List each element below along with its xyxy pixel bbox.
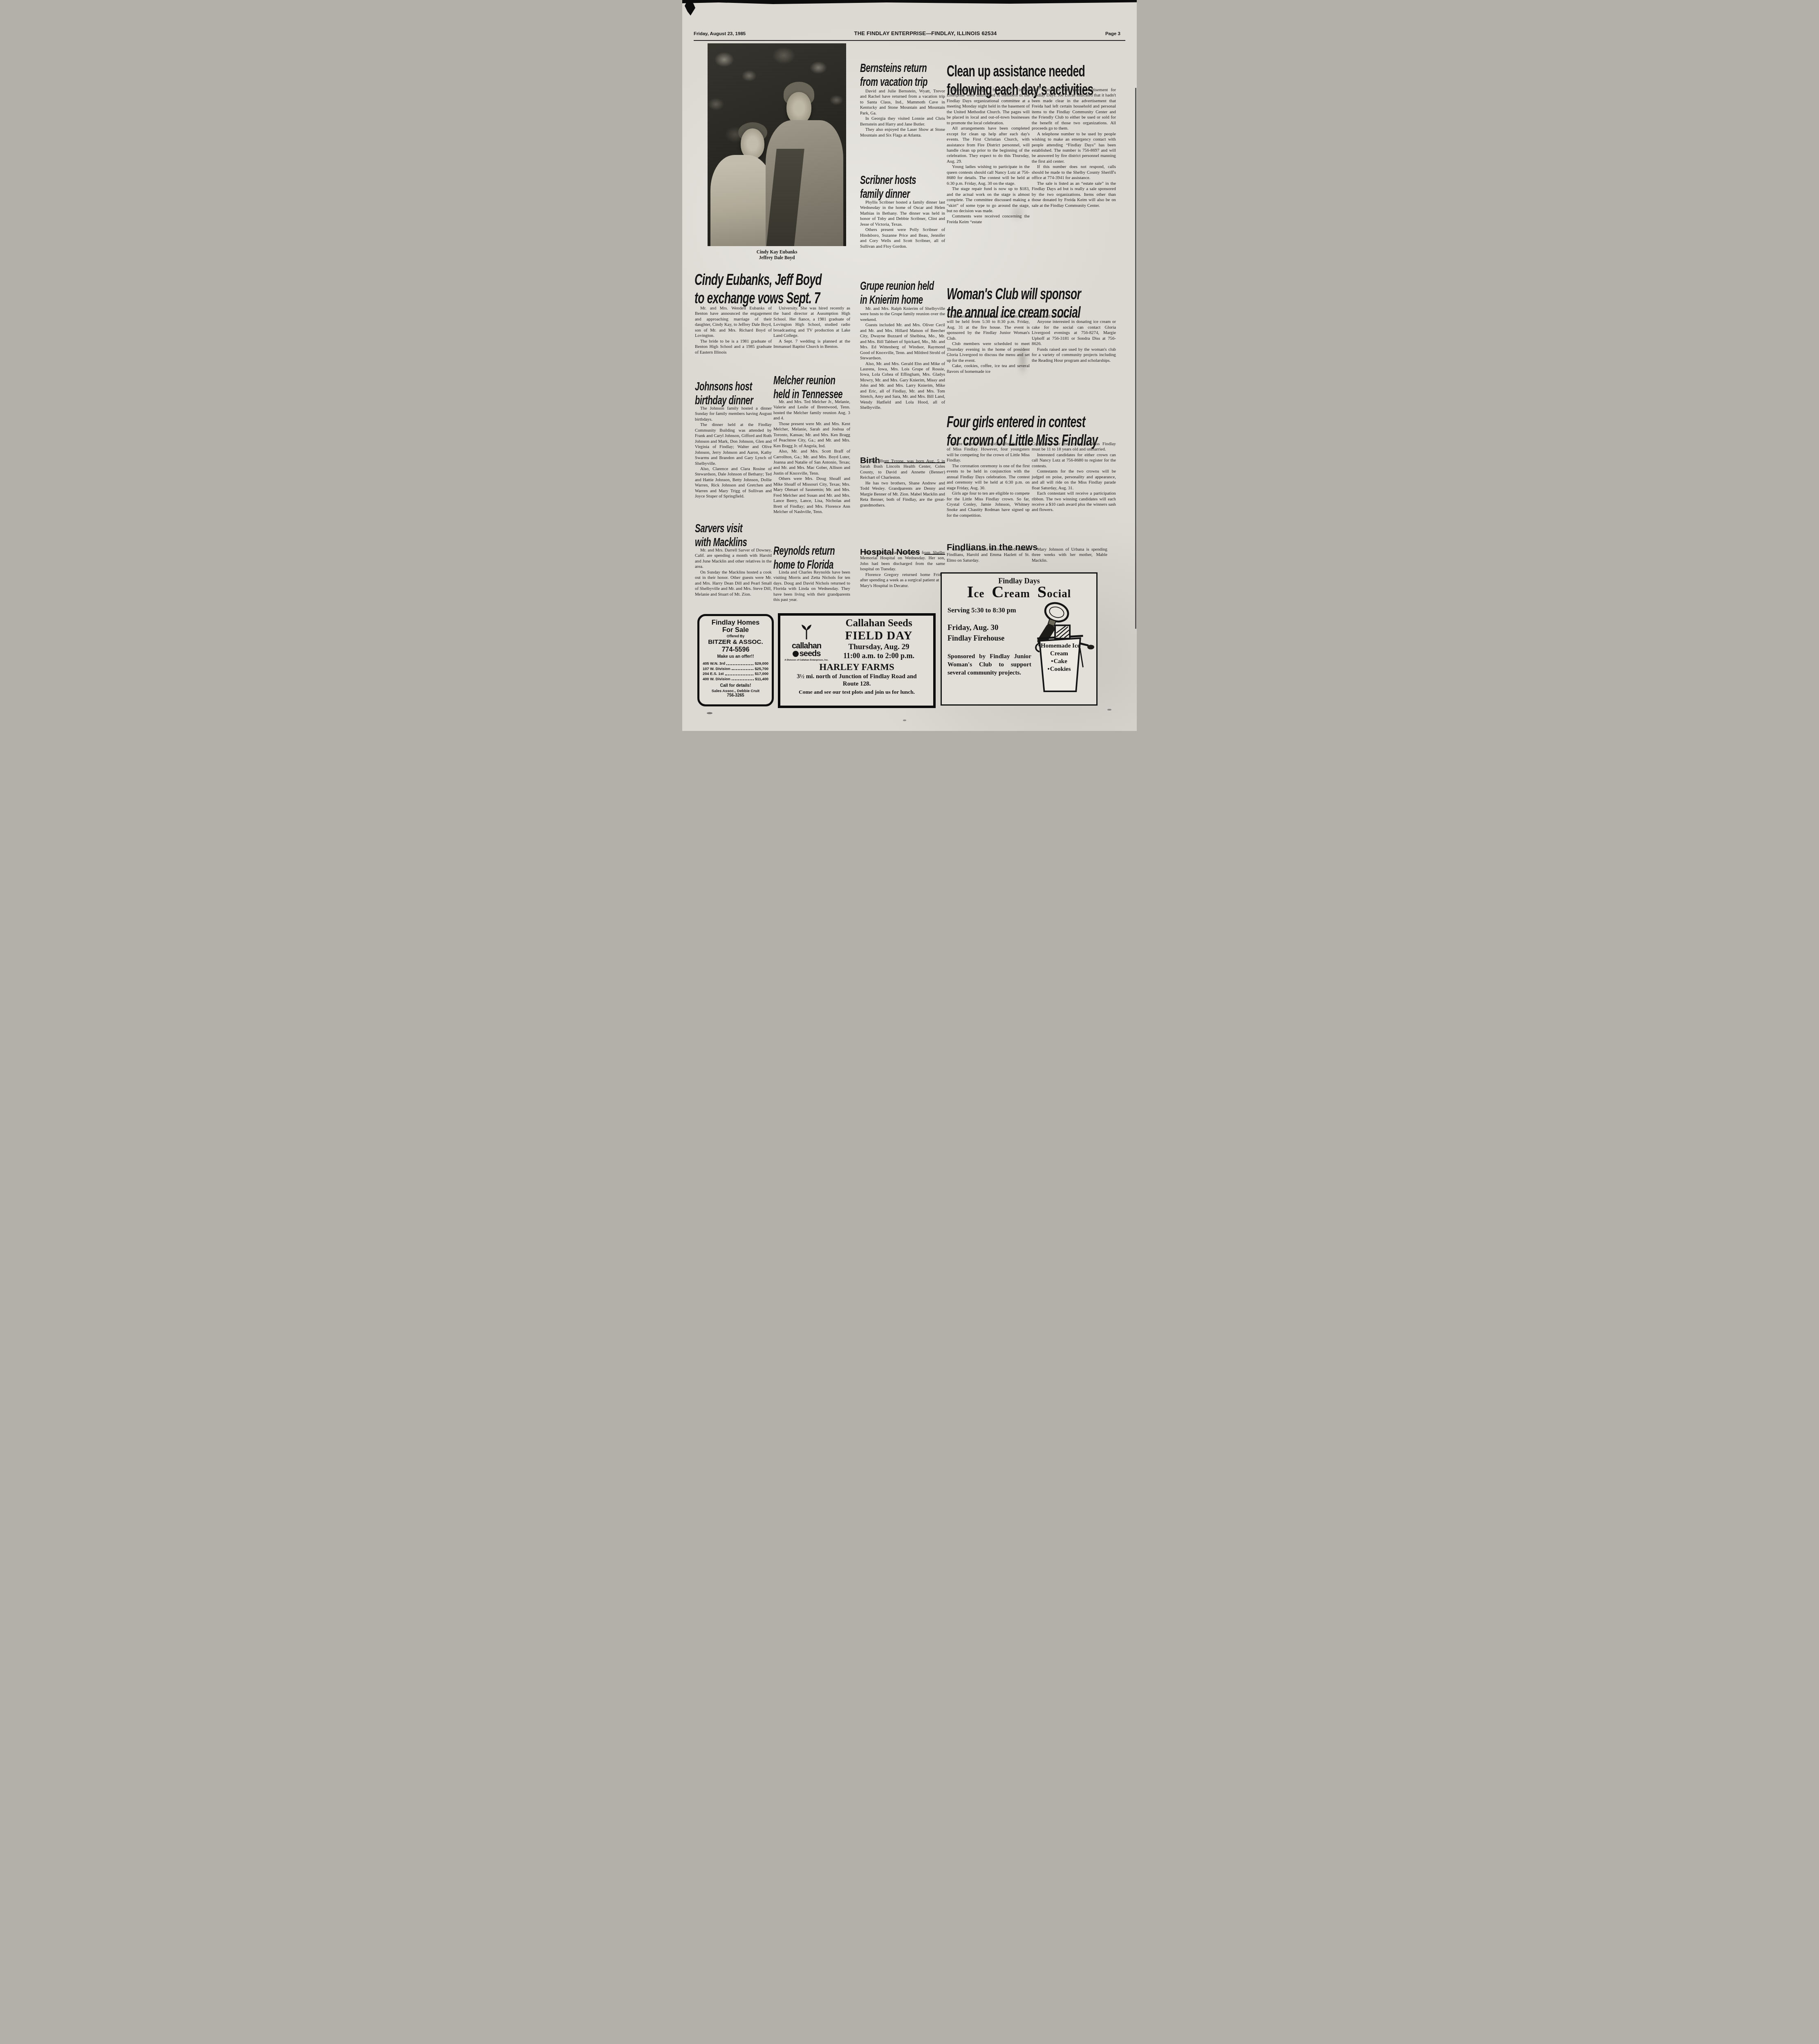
headline-scribner: Scribner hosts family dinner xyxy=(860,173,916,201)
ad-phone-secondary: 756-3265 xyxy=(703,693,768,698)
paragraph: Others present were Polly Scribner of Hi… xyxy=(860,227,945,249)
paragraph: A son, Brett Tyrone, was born Aug. 5 in … xyxy=(860,459,945,481)
headline-line: Grupe reunion held xyxy=(860,279,934,293)
article-grupe: Mr. and Mrs. Ralph Knierim of Shelbyvill… xyxy=(860,306,945,411)
scan-artifact-blob xyxy=(685,2,695,16)
article-eubanks-col1: Mr. and Mrs. Wendell Eubanks of Benton h… xyxy=(695,306,772,355)
paragraph: Also, Mr. and Mrs. Gerald Ehn and Mike o… xyxy=(860,361,945,411)
paragraph: cream will be served. xyxy=(1032,314,1116,319)
headline-line: from vacation trip xyxy=(860,75,927,89)
listing-row: 107 W. Division $25,700 xyxy=(703,666,768,672)
headline-eubanks: Cindy Eubanks, Jeff Boyd to exchange vow… xyxy=(694,271,822,308)
paragraph: Mr. and Mrs. Ted Melcher Jr., Melanie, V… xyxy=(773,399,850,421)
headline-line: with Macklins xyxy=(695,536,747,549)
article-findlians-col1: George and Juanita Dixon visited former … xyxy=(947,547,1030,563)
article-four-girls-col1: There are still no candidates for the cr… xyxy=(947,442,1030,518)
logo-text: seeds xyxy=(784,650,829,658)
listing-address: 400 W. Division xyxy=(703,677,730,682)
article-birth: A son, Brett Tyrone, was born Aug. 5 in … xyxy=(860,459,945,508)
paragraph: Others were Mrs. Doug Shoaff and Mike Sh… xyxy=(773,476,850,515)
logo-subtext: A Division of Callahan Enterprises, Inc. xyxy=(784,659,829,661)
headline-line: Cindy Eubanks, Jeff Boyd xyxy=(694,271,822,289)
paragraph: The Johnson family hosted a dinner Sunda… xyxy=(695,406,772,422)
article-reynolds: Linda and Charles Reynolds have been vis… xyxy=(773,570,850,603)
listing-address: 405 W.N. 3rd xyxy=(703,661,725,666)
menu-item: Homemade Ice Cream xyxy=(1035,642,1083,658)
headline-line: Scribner hosts xyxy=(860,173,916,187)
paragraph: Mr. and Mrs. Wendell Eubanks of Benton h… xyxy=(695,306,772,339)
article-cleanup-col2: sale” listed on the main advertisement f… xyxy=(1032,87,1116,208)
paragraph: The dinner held at the Findlay Community… xyxy=(695,422,772,466)
article-johnsons: The Johnson family hosted a dinner Sunda… xyxy=(695,406,772,500)
scan-speck xyxy=(903,719,906,721)
scan-speck xyxy=(1107,709,1111,710)
caption-line: Cindy Kay Eubanks xyxy=(708,249,846,255)
listing-price: $17,000 xyxy=(755,671,768,677)
ad-date: Thursday, Aug. 29 xyxy=(829,643,929,651)
paragraph: Funds raised are used by the woman's clu… xyxy=(1032,347,1116,363)
paragraph: Pat Knierim was discharged from Shelby M… xyxy=(860,550,945,572)
paragraph: The annual Findlay Days ice cream social… xyxy=(947,314,1030,341)
headline-line: family dinner xyxy=(860,187,916,201)
menu-item: Cookies xyxy=(1035,666,1083,673)
article-cleanup-col1: Advertising pages from the Findlay Enter… xyxy=(947,87,1030,225)
logo-text-word: seeds xyxy=(800,650,821,658)
dot-leader xyxy=(732,669,754,670)
paragraph: Guests included Mr. and Mrs. Oliver Ceci… xyxy=(860,323,945,361)
ad-offered-by: Offered By xyxy=(703,634,768,638)
paragraph: Mr. and Mrs. Ralph Knierim of Shelbyvill… xyxy=(860,306,945,323)
issue-date: Friday, August 23, 1985 xyxy=(694,31,746,36)
paragraph: Mary Johnson of Urbana is spending three… xyxy=(1032,547,1107,563)
listing-row: 405 W.N. 3rd $29,000 xyxy=(703,661,768,666)
article-findlians-col2: Mary Johnson of Urbana is spending three… xyxy=(1032,547,1107,563)
headline-line: Sarvers visit xyxy=(695,522,747,536)
paragraph: Each contestant will receive a participa… xyxy=(1032,491,1116,513)
photo-grain xyxy=(708,43,846,246)
scan-artifact-right-edge xyxy=(1135,88,1136,629)
paragraph: Phyllis Scribner hosted a family dinner … xyxy=(860,200,945,227)
paragraph: He has two brothers, Shane Andrew and To… xyxy=(860,481,945,508)
ad-sales-associate: Sales Assoc., Debbie Cruit xyxy=(703,689,768,693)
headline-line: to exchange vows Sept. 7 xyxy=(694,289,822,308)
masthead: THE FINDLAY ENTERPRISE—FINDLAY, ILLINOIS… xyxy=(854,30,997,36)
page-number: Page 3 xyxy=(1105,31,1120,36)
ad-invite: Come and see our test plots and join us … xyxy=(784,689,929,695)
headline-line: Four girls entered in contest xyxy=(947,413,1098,432)
scan-speck xyxy=(707,712,712,714)
ad-callahan-seeds: callahan seeds A Division of Callahan En… xyxy=(778,613,936,708)
paragraph: On Sunday the Macklins hosted a cook out… xyxy=(695,570,772,597)
paragraph: George and Juanita Dixon visited former … xyxy=(947,547,1030,563)
listing-address: 107 W. Division xyxy=(703,666,730,672)
paragraph: Contestants for the crown of Miss Findla… xyxy=(1032,442,1116,453)
headline-line: birthday dinner xyxy=(695,394,753,408)
paragraph: Interested candidates for either crown c… xyxy=(1032,453,1116,469)
paragraph: There are still no candidates for the cr… xyxy=(947,442,1030,464)
paragraph: If this number does not respond, calls s… xyxy=(1032,164,1116,181)
headline-melcher: Melcher reunion held in Tennessee xyxy=(773,374,842,401)
headline-line: Bernsteins return xyxy=(860,61,927,75)
headline-grupe: Grupe reunion held in Knierim home xyxy=(860,279,934,307)
ad-menu-list: Homemade Ice Cream Cake Cookies xyxy=(1035,642,1083,673)
dot-leader xyxy=(726,664,753,665)
paragraph: A telephone number to be used by people … xyxy=(1032,132,1116,165)
headline-reynolds: Reynolds return home to Florida xyxy=(773,544,835,572)
paragraph: Florence Gregory returned home Friday af… xyxy=(860,572,945,589)
article-womans-club-col1: The annual Findlay Days ice cream social… xyxy=(947,314,1030,374)
paragraph: Mr. and Mrs. Darrell Sarver of Downey, C… xyxy=(695,548,772,570)
listing-row: 400 W. Division $11,400 xyxy=(703,677,768,682)
engagement-photo xyxy=(708,43,846,246)
ad-location: HARLEY FARMS xyxy=(784,662,929,672)
paragraph: Young ladies wishing to participate in t… xyxy=(947,164,1030,186)
scan-artifact-top xyxy=(682,0,1137,4)
headline-bernsteins: Bernsteins return from vacation trip xyxy=(860,61,927,89)
seed-circle-icon xyxy=(793,651,799,657)
article-hospital-notes: Pat Knierim was discharged from Shelby M… xyxy=(860,550,945,589)
paragraph: The stage repair fund is now up to $183,… xyxy=(947,186,1030,214)
paragraph: Girls age four to ten are eligible to co… xyxy=(947,491,1030,518)
listing-address: 204 E.S. 1st xyxy=(703,671,724,677)
ad-title: Callahan Seeds xyxy=(829,618,929,629)
article-scribner: Phyllis Scribner hosted a family dinner … xyxy=(860,200,945,249)
paragraph: Advertising pages from the Findlay Enter… xyxy=(947,87,1030,126)
ad-time: 11:00 a.m. to 2:00 p.m. xyxy=(829,652,929,660)
ad-event: FIELD DAY xyxy=(829,630,929,642)
dot-leader xyxy=(725,675,754,675)
paragraph: Also, Clarence and Clara Rosine of Stewa… xyxy=(695,466,772,500)
listing-price: $25,700 xyxy=(755,666,768,672)
paragraph: Club members were scheduled to meet Thur… xyxy=(947,341,1030,363)
ad-findlay-homes: Findlay Homes For Sale Offered By BITZER… xyxy=(697,614,774,706)
paragraph: The bride to be is a 1981 graduate of Be… xyxy=(695,339,772,355)
dot-leader xyxy=(732,679,754,680)
paragraph: Contestants for the two crowns will be j… xyxy=(1032,469,1116,491)
paragraph: Comments were received concerning the Fr… xyxy=(947,214,1030,225)
photo-caption: Cindy Kay Eubanks Jeffrey Dale Boyd xyxy=(708,249,846,261)
headline-line: Clean up assistance needed xyxy=(947,63,1093,81)
header-rule xyxy=(694,40,1125,41)
headline-line: Johnsons host xyxy=(695,380,753,394)
ad-title: For Sale xyxy=(703,626,768,634)
paragraph: They also enjoyed the Laser Show at Ston… xyxy=(860,127,945,138)
article-sarvers: Mr. and Mrs. Darrell Sarver of Downey, C… xyxy=(695,548,772,597)
caption-line: Jeffrey Dale Boyd xyxy=(708,255,846,261)
page-header: Friday, August 23, 1985 THE FINDLAY ENTE… xyxy=(694,30,1120,36)
paragraph: All arrangements have been completed exc… xyxy=(947,126,1030,164)
paragraph: The coronation ceremony is one of the fi… xyxy=(947,464,1030,491)
ad-phone: 774-5596 xyxy=(703,646,768,654)
paragraph: The sale is listed as an “estate sale” i… xyxy=(1032,181,1116,208)
article-womans-club-col2: cream will be served. Anyone interested … xyxy=(1032,314,1116,363)
headline-johnsons: Johnsons host birthday dinner xyxy=(695,380,753,408)
listing-price: $29,000 xyxy=(755,661,768,666)
article-eubanks-col2: University. She was hired recently as th… xyxy=(773,306,850,350)
seedling-icon xyxy=(800,624,813,640)
ad-title: Findlay Homes xyxy=(703,619,768,626)
article-melcher: Mr. and Mrs. Ted Melcher Jr., Melanie, V… xyxy=(773,399,850,515)
ad-company: BITZER & ASSOC. xyxy=(703,639,768,646)
headline-line: Woman's Club will sponsor xyxy=(947,285,1081,304)
ad-ice-cream-social: Findlay Days Ice Cream Social Serving 5:… xyxy=(941,572,1098,706)
paragraph: sale” listed on the main advertisement f… xyxy=(1032,87,1116,132)
article-four-girls-col2: Contestants for the crown of Miss Findla… xyxy=(1032,442,1116,513)
paragraph: David and Julie Bernstein, Wyatt, Trevor… xyxy=(860,89,945,116)
paragraph: University. She was hired recently as th… xyxy=(773,306,850,339)
ad-title-word: Ice xyxy=(967,585,985,601)
paragraph: Linda and Charles Reynolds have been vis… xyxy=(773,570,850,603)
ad-tagline: Make us an offer!! xyxy=(703,654,768,659)
paragraph: Anyone interested in donating ice cream … xyxy=(1032,319,1116,347)
menu-item: Cake xyxy=(1035,658,1083,666)
headline-line: in Knierim home xyxy=(860,293,934,307)
listing-price: $11,400 xyxy=(755,677,768,682)
callahan-logo: callahan seeds A Division of Callahan En… xyxy=(784,618,829,661)
headline-line: Melcher reunion xyxy=(773,374,842,388)
ad-call-for-details: Call for details! xyxy=(703,683,768,688)
logo-text: callahan xyxy=(784,642,829,650)
paragraph: Also, Mr. and Mrs. Scott Braff of Carrol… xyxy=(773,449,850,476)
paragraph: Those present were Mr. and Mrs. Kent Mel… xyxy=(773,421,850,449)
paragraph: A Sept. 7 wedding is planned at the Imma… xyxy=(773,339,850,350)
headline-sarvers: Sarvers visit with Macklins xyxy=(695,522,747,549)
ad-directions: 3½ mi. north of Junction of Findlay Road… xyxy=(784,673,929,688)
paragraph: In Georgia they visited Lonnie and Chris… xyxy=(860,116,945,127)
newspaper-page: Friday, August 23, 1985 THE FINDLAY ENTE… xyxy=(682,0,1137,731)
listing-row: 204 E.S. 1st $17,000 xyxy=(703,671,768,677)
article-bernsteins: David and Julie Bernstein, Wyatt, Trevor… xyxy=(860,89,945,138)
headline-line: Reynolds return xyxy=(773,544,835,558)
paragraph: Cake, cookies, coffee, ice tea and sever… xyxy=(947,363,1030,374)
